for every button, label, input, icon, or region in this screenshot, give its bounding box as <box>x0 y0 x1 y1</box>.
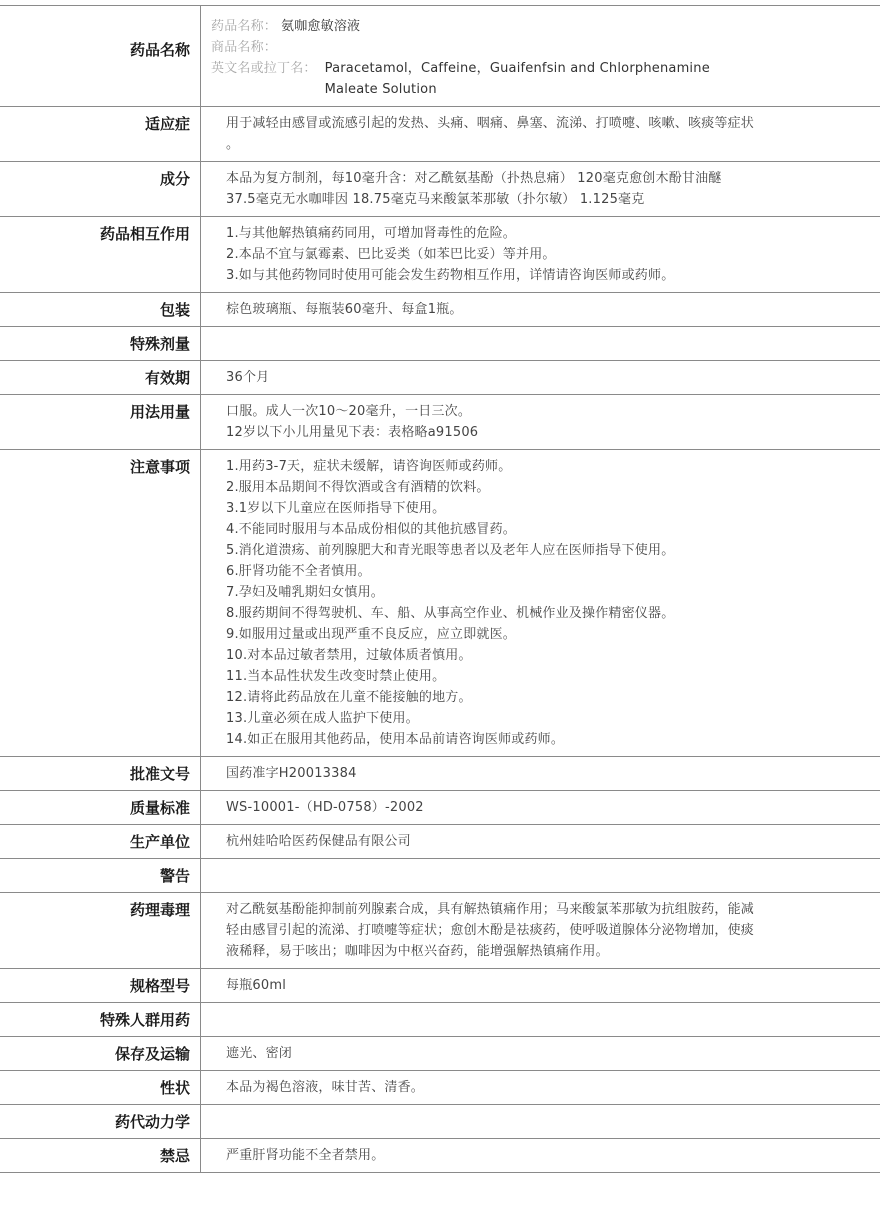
row-label: 有效期 <box>0 361 201 395</box>
spec-row-3: 药品相互作用 1.与其他解热镇痛药同用，可增加肾毒性的危险。2.本品不宜与氯霉素… <box>0 217 880 293</box>
row-value: 杭州娃哈哈医药保健品有限公司 <box>201 825 880 859</box>
row-value: 本品为褐色溶液，味甘苦、清香。 <box>201 1071 880 1105</box>
value-line: 用于减轻由感冒或流感引起的发热、头痛、咽痛、鼻塞、流涕、打喷嚏、咳嗽、咳痰等症状 <box>226 113 880 134</box>
row-label: 特殊剂量 <box>0 327 201 361</box>
spec-row-18: 药代动力学 <box>0 1105 880 1139</box>
row-value: 棕色玻璃瓶、每瓶装60毫升、每盒1瓶。 <box>201 293 880 327</box>
row-label: 药品名称 <box>0 6 201 107</box>
value-line: 1.与其他解热镇痛药同用，可增加肾毒性的危险。 <box>226 223 880 244</box>
row-value: 国药准字H20013384 <box>201 757 880 791</box>
value-line: 轻由感冒引起的流涕、打喷嚏等症状；愈创木酚是祛痰药，使呼吸道腺体分泌物增加，使痰 <box>226 920 880 941</box>
spec-row-5: 特殊剂量 <box>0 327 880 361</box>
value-line <box>226 333 880 354</box>
row-label: 警告 <box>0 859 201 893</box>
row-label: 用法用量 <box>0 395 201 450</box>
spec-row-16: 保存及运输 遮光、密闭 <box>0 1037 880 1071</box>
generic-name-line: 药品名称： 氨咖愈敏溶液 <box>211 16 880 37</box>
row-value: WS-10001-（HD-0758）-2002 <box>201 791 880 825</box>
value-line: 口服。成人一次10～20毫升，一日三次。 <box>226 401 880 422</box>
value-line: 8.服药期间不得驾驶机、车、船、从事高空作业、机械作业及操作精密仪器。 <box>226 603 880 624</box>
drug-name-cell: 药品名称： 氨咖愈敏溶液 商品名称： 英文名或拉丁名： Paracetamol，… <box>201 6 880 107</box>
value-line: 2.本品不宜与氯霉素、巴比妥类（如苯巴比妥）等并用。 <box>226 244 880 265</box>
row-label: 药代动力学 <box>0 1105 201 1139</box>
value-line: 37.5毫克无水咖啡因 18.75毫克马来酸氯苯那敏（扑尔敏） 1.125毫克 <box>226 189 880 210</box>
english-name-value: Paracetamol，Caffeine，Guaifenfsin and Chl… <box>317 58 880 100</box>
row-label: 注意事项 <box>0 450 201 757</box>
spec-row-15: 特殊人群用药 <box>0 1003 880 1037</box>
spec-row-6: 有效期 36个月 <box>0 361 880 395</box>
spec-row-12: 警告 <box>0 859 880 893</box>
value-line: 36个月 <box>226 367 880 388</box>
spec-row-7: 用法用量 口服。成人一次10～20毫升，一日三次。12岁以下小儿用量见下表：表格… <box>0 395 880 450</box>
value-line: 10.对本品过敏者禁用，过敏体质者慎用。 <box>226 645 880 666</box>
spec-row-10: 质量标准 WS-10001-（HD-0758）-2002 <box>0 791 880 825</box>
english-name-line: 英文名或拉丁名： Paracetamol，Caffeine，Guaifenfsi… <box>211 58 880 100</box>
spec-row-9: 批准文号 国药准字H20013384 <box>0 757 880 791</box>
row-value: 本品为复方制剂，每10毫升含：对乙酰氨基酚（扑热息痛） 120毫克愈创木酚甘油醚… <box>201 162 880 217</box>
drug-spec-table: 药品名称 药品名称： 氨咖愈敏溶液 商品名称： 英文名或拉丁名： Paracet… <box>0 5 880 1173</box>
value-line: 本品为复方制剂，每10毫升含：对乙酰氨基酚（扑热息痛） 120毫克愈创木酚甘油醚 <box>226 168 880 189</box>
value-line <box>226 865 880 886</box>
row-label: 适应症 <box>0 107 201 162</box>
value-line: 2.服用本品期间不得饮酒或含有酒精的饮料。 <box>226 477 880 498</box>
spec-table-body: 药品名称 药品名称： 氨咖愈敏溶液 商品名称： 英文名或拉丁名： Paracet… <box>0 6 880 1173</box>
value-line: 14.如正在服用其他药品，使用本品前请咨询医师或药师。 <box>226 729 880 750</box>
spec-row-19: 禁忌 严重肝肾功能不全者禁用。 <box>0 1139 880 1173</box>
value-line: 4.不能同时服用与本品成份相似的其他抗感冒药。 <box>226 519 880 540</box>
value-line <box>226 1009 880 1030</box>
row-value: 1.与其他解热镇痛药同用，可增加肾毒性的危险。2.本品不宜与氯霉素、巴比妥类（如… <box>201 217 880 293</box>
spec-row-11: 生产单位 杭州娃哈哈医药保健品有限公司 <box>0 825 880 859</box>
value-line: 6.肝肾功能不全者慎用。 <box>226 561 880 582</box>
value-line: 。 <box>226 134 880 155</box>
row-label: 质量标准 <box>0 791 201 825</box>
generic-name-key: 药品名称： <box>211 16 277 37</box>
row-label: 药理毒理 <box>0 893 201 969</box>
row-label: 成分 <box>0 162 201 217</box>
row-value: 1.用药3-7天，症状未缓解，请咨询医师或药师。2.服用本品期间不得饮酒或含有酒… <box>201 450 880 757</box>
value-line: 杭州娃哈哈医药保健品有限公司 <box>226 831 880 852</box>
spec-row-17: 性状 本品为褐色溶液，味甘苦、清香。 <box>0 1071 880 1105</box>
row-value <box>201 327 880 361</box>
value-line <box>226 1111 880 1132</box>
value-line: 3.如与其他药物同时使用可能会发生药物相互作用，详情请咨询医师或药师。 <box>226 265 880 286</box>
row-value <box>201 1003 880 1037</box>
row-label: 生产单位 <box>0 825 201 859</box>
value-line: 12.请将此药品放在儿童不能接触的地方。 <box>226 687 880 708</box>
value-line: 遮光、密闭 <box>226 1043 880 1064</box>
value-line: 国药准字H20013384 <box>226 763 880 784</box>
value-line: 11.当本品性状发生改变时禁止使用。 <box>226 666 880 687</box>
value-line: 液稀释，易于咳出；咖啡因为中枢兴奋药，能增强解热镇痛作用。 <box>226 941 880 962</box>
spec-row-1: 适应症 用于减轻由感冒或流感引起的发热、头痛、咽痛、鼻塞、流涕、打喷嚏、咳嗽、咳… <box>0 107 880 162</box>
row-label: 批准文号 <box>0 757 201 791</box>
row-label: 保存及运输 <box>0 1037 201 1071</box>
row-value: 每瓶60ml <box>201 969 880 1003</box>
value-line: 9.如服用过量或出现严重不良反应，应立即就医。 <box>226 624 880 645</box>
row-value: 36个月 <box>201 361 880 395</box>
value-line: 严重肝肾功能不全者禁用。 <box>226 1145 880 1166</box>
value-line: 12岁以下小儿用量见下表：表格略a91506 <box>226 422 880 443</box>
english-name-key: 英文名或拉丁名： <box>211 58 317 100</box>
row-label: 性状 <box>0 1071 201 1105</box>
spec-row-4: 包装 棕色玻璃瓶、每瓶装60毫升、每盒1瓶。 <box>0 293 880 327</box>
value-line: 5.消化道溃疡、前列腺肥大和青光眼等患者以及老年人应在医师指导下使用。 <box>226 540 880 561</box>
value-line: 棕色玻璃瓶、每瓶装60毫升、每盒1瓶。 <box>226 299 880 320</box>
value-line: WS-10001-（HD-0758）-2002 <box>226 797 880 818</box>
spec-row-8: 注意事项 1.用药3-7天，症状未缓解，请咨询医师或药师。2.服用本品期间不得饮… <box>0 450 880 757</box>
row-drug-name: 药品名称 药品名称： 氨咖愈敏溶液 商品名称： 英文名或拉丁名： Paracet… <box>0 6 880 107</box>
row-label: 禁忌 <box>0 1139 201 1173</box>
value-line: 本品为褐色溶液，味甘苦、清香。 <box>226 1077 880 1098</box>
trade-name-line: 商品名称： <box>211 37 880 58</box>
row-value: 遮光、密闭 <box>201 1037 880 1071</box>
row-label: 药品相互作用 <box>0 217 201 293</box>
value-line: 对乙酰氨基酚能抑制前列腺素合成，具有解热镇痛作用；马来酸氯苯那敏为抗组胺药，能减 <box>226 899 880 920</box>
row-value: 口服。成人一次10～20毫升，一日三次。12岁以下小儿用量见下表：表格略a915… <box>201 395 880 450</box>
row-label: 包装 <box>0 293 201 327</box>
row-value <box>201 1105 880 1139</box>
row-label: 特殊人群用药 <box>0 1003 201 1037</box>
row-value <box>201 859 880 893</box>
row-value: 严重肝肾功能不全者禁用。 <box>201 1139 880 1173</box>
row-label: 规格型号 <box>0 969 201 1003</box>
trade-name-key: 商品名称： <box>211 37 277 58</box>
spec-row-2: 成分 本品为复方制剂，每10毫升含：对乙酰氨基酚（扑热息痛） 120毫克愈创木酚… <box>0 162 880 217</box>
generic-name-value: 氨咖愈敏溶液 <box>277 16 360 37</box>
spec-row-13: 药理毒理 对乙酰氨基酚能抑制前列腺素合成，具有解热镇痛作用；马来酸氯苯那敏为抗组… <box>0 893 880 969</box>
row-value: 用于减轻由感冒或流感引起的发热、头痛、咽痛、鼻塞、流涕、打喷嚏、咳嗽、咳痰等症状… <box>201 107 880 162</box>
value-line: 3.1岁以下儿童应在医师指导下使用。 <box>226 498 880 519</box>
row-value: 对乙酰氨基酚能抑制前列腺素合成，具有解热镇痛作用；马来酸氯苯那敏为抗组胺药，能减… <box>201 893 880 969</box>
spec-row-14: 规格型号 每瓶60ml <box>0 969 880 1003</box>
value-line: 每瓶60ml <box>226 975 880 996</box>
value-line: 7.孕妇及哺乳期妇女慎用。 <box>226 582 880 603</box>
value-line: 1.用药3-7天，症状未缓解，请咨询医师或药师。 <box>226 456 880 477</box>
value-line: 13.儿童必须在成人监护下使用。 <box>226 708 880 729</box>
